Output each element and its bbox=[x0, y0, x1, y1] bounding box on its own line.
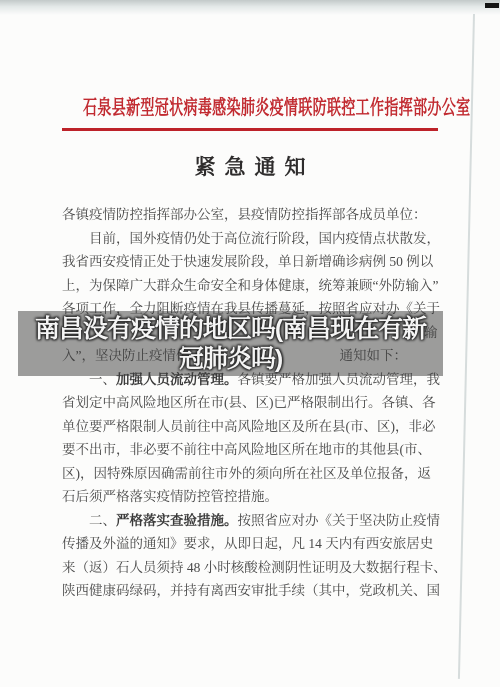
document-line: 传播及外溢的通知》要求，从即日起，凡 14 天内有西安旅居史 bbox=[62, 532, 442, 556]
text-segment: 单位要严格限制人员前往中高风险地区及所在县(市、区)，非必 bbox=[62, 419, 436, 434]
document-line: 要不出市，非必要不前往中高风险地区所在地市的其他县(市、 bbox=[62, 438, 442, 462]
text-segment: 区)，因特殊原因确需前往市外的须向所在社区及单位报备，返 bbox=[62, 466, 431, 481]
text-segment: 二、 bbox=[89, 513, 116, 528]
scan-corner-mark bbox=[485, 3, 499, 8]
document-line: 石后须严格落实疫情防控管控措施。 bbox=[62, 485, 442, 509]
text-segment: 省划定中高风险地区所在市(县、区)已严格限制出行。各镇、各 bbox=[62, 395, 436, 410]
text-segment: 我省西安疫情正处于快速发展阶段，单日新增确诊病例 50 例以 bbox=[62, 254, 433, 269]
caption-line-1: 南昌没有疫情的地区吗(南昌现在有新 bbox=[35, 314, 426, 344]
letterhead: 石泉县新型冠状病毒感染肺炎疫情联防联控工作指挥部办公室 bbox=[0, 91, 500, 120]
document-line: 陕西健康码绿码，并持有离西安审批手续（其中，党政机关、国 bbox=[62, 579, 442, 603]
letterhead-org-name: 石泉县新型冠状病毒感染肺炎疫情联防联控工作指挥部办公室 bbox=[83, 91, 470, 120]
text-segment: 来（返）石人员须持 48 小时核酸检测阴性证明及大数据行程卡、 bbox=[62, 560, 447, 575]
text-segment: 按照省应对办《关于坚决防止疫情 bbox=[238, 513, 441, 528]
scanned-notice-page: 石泉县新型冠状病毒感染肺炎疫情联防联控工作指挥部办公室 紧急通知 各镇疫情防控指… bbox=[0, 0, 500, 687]
text-segment: 上，为保障广大群众生命安全和身体健康，统筹兼顾“外防输入” bbox=[62, 278, 438, 293]
text-segment: 要不出市，非必要不前往中高风险地区所在地市的其他县(市、 bbox=[62, 442, 431, 457]
document-line: 来（返）石人员须持 48 小时核酸检测阴性证明及大数据行程卡、 bbox=[62, 556, 442, 580]
text-segment: 各镇疫情防控指挥部办公室，县疫情防控指挥部各成员单位： bbox=[62, 207, 427, 222]
document-line: 单位要严格限制人员前往中高风险地区及所在县(市、区)，非必 bbox=[62, 415, 442, 439]
caption-overlay-band: 南昌没有疫情的地区吗(南昌现在有新 冠肺炎吗) bbox=[18, 311, 443, 376]
document-line: 目前，国外疫情仍处于高位流行阶段，国内疫情点状散发， bbox=[62, 227, 442, 251]
document-line: 上，为保障广大群众生命安全和身体健康，统筹兼顾“外防输入” bbox=[62, 274, 442, 298]
letterhead-divider bbox=[62, 128, 438, 131]
text-segment: 陕西健康码绿码，并持有离西安审批手续（其中，党政机关、国 bbox=[62, 583, 440, 598]
document-line: 区)，因特殊原因确需前往市外的须向所在社区及单位报备，返 bbox=[62, 462, 442, 486]
document-line: 各镇疫情防控指挥部办公室，县疫情防控指挥部各成员单位： bbox=[62, 203, 442, 227]
document-line: 二、严格落实查验措施。按照省应对办《关于坚决防止疫情 bbox=[62, 509, 442, 533]
document-body: 各镇疫情防控指挥部办公室，县疫情防控指挥部各成员单位：目前，国外疫情仍处于高位流… bbox=[62, 203, 442, 603]
text-segment: 石后须严格落实疫情防控管控措施。 bbox=[62, 489, 278, 504]
notice-title: 紧急通知 bbox=[0, 151, 500, 181]
document-line: 省划定中高风险地区所在市(县、区)已严格限制出行。各镇、各 bbox=[62, 391, 442, 415]
document-line: 我省西安疫情正处于快速发展阶段，单日新增确诊病例 50 例以 bbox=[62, 250, 442, 274]
text-segment: 严格落实查验措施。 bbox=[116, 513, 238, 528]
text-segment: 传播及外溢的通知》要求，从即日起，凡 14 天内有西安旅居史 bbox=[62, 536, 433, 551]
caption-line-2: 冠肺炎吗) bbox=[179, 344, 282, 374]
text-segment: 目前，国外疫情仍处于高位流行阶段，国内疫情点状散发， bbox=[89, 231, 440, 246]
scan-top-edge-shadow bbox=[0, 0, 500, 15]
